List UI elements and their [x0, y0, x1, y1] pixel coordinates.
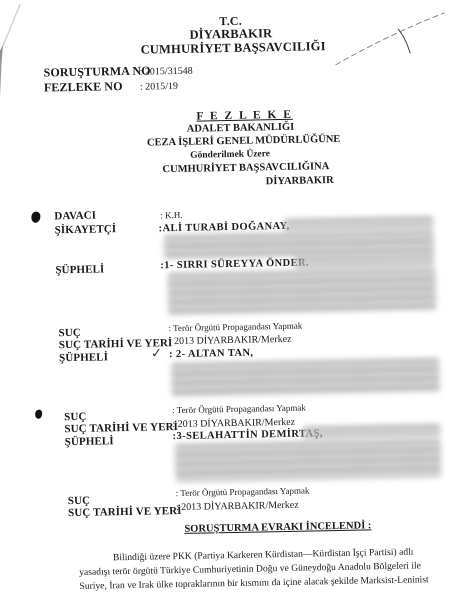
section-heading: SORUŞTURMA EVRAKI İNCELENDİ : — [184, 520, 371, 535]
directorate-line: CEZA İŞLERİ GENEL MÜDÜRLÜĞÜNE — [147, 134, 341, 149]
redacted-text — [294, 254, 434, 269]
redacted-text — [175, 439, 442, 482]
suspect-3-value: :3-SELAHATTİN DEMİRTAŞ, — [173, 428, 323, 442]
offense-date-place-label: SUÇ TARİHİ VE YERİ — [68, 505, 182, 519]
checkmark-annotation: ✓ — [151, 345, 162, 361]
redacted-text — [302, 424, 440, 439]
destination-city-line: DİYARBAKIR — [266, 175, 334, 187]
document-page: T.C. DİYARBAKIR CUMHURİYET BAŞSAVCILIĞI … — [0, 0, 460, 606]
offense-date-place-label: SUÇ TARİHİ VE YERİ — [64, 421, 178, 435]
offense-value: : Terör Örgütü Propagandası Yapmak — [168, 321, 302, 334]
offense-date-place-value: : 2013 DİYARBAKIR/Merkez — [169, 334, 292, 347]
offense-value: : Terör Örgütü Propagandası Yapmak — [176, 486, 310, 499]
investigation-no-label: SORUŞTURMA NO — [43, 63, 150, 80]
fezleke-no-value: : 2015/19 — [140, 81, 178, 93]
offense-label: SUÇ — [58, 327, 81, 339]
suspect-1-value: :1- SIRRI SÜREYYA ÖNDER. — [160, 257, 309, 271]
document-title: F E Z L E K E — [196, 109, 293, 123]
offense-date-place-value: : 2013 DİYARBAKIR/Merkez — [176, 500, 299, 513]
suspect-2-value: : 2- ALTAN TAN, — [169, 348, 254, 361]
suspect-2-label: ŞÜPHELİ — [59, 351, 108, 364]
fezleke-no-label: FEZLEKE NO — [44, 79, 123, 96]
punch-hole-mark — [31, 212, 40, 223]
sent-via-line: Gönderilmek Üzere — [190, 149, 270, 161]
prosecutor-office-line: CUMHURİYET BAŞSAVCILIĞINA — [162, 161, 329, 175]
offense-value: : Terör Örgütü Propagandası Yapmak — [172, 403, 306, 416]
suspect-1-label: ŞÜPHELİ — [55, 263, 104, 276]
redacted-text — [283, 216, 433, 231]
suspect-3-label: ŞÜPHELİ — [65, 435, 114, 448]
complainant-label: ŞİKAYETÇİ — [55, 223, 117, 236]
offense-label: SUÇ — [64, 411, 87, 423]
plaintiff-value: : K.H. — [160, 210, 182, 220]
plaintiff-label: DAVACI — [54, 210, 96, 223]
ministry-line: ADALET BAKANLIĞI — [187, 122, 295, 135]
investigation-no-value: : 2015/31548 — [140, 66, 193, 78]
punch-hole-mark — [35, 410, 42, 419]
redacted-text — [167, 268, 436, 315]
offense-label: SUÇ — [68, 495, 91, 507]
redacted-text — [171, 358, 440, 397]
